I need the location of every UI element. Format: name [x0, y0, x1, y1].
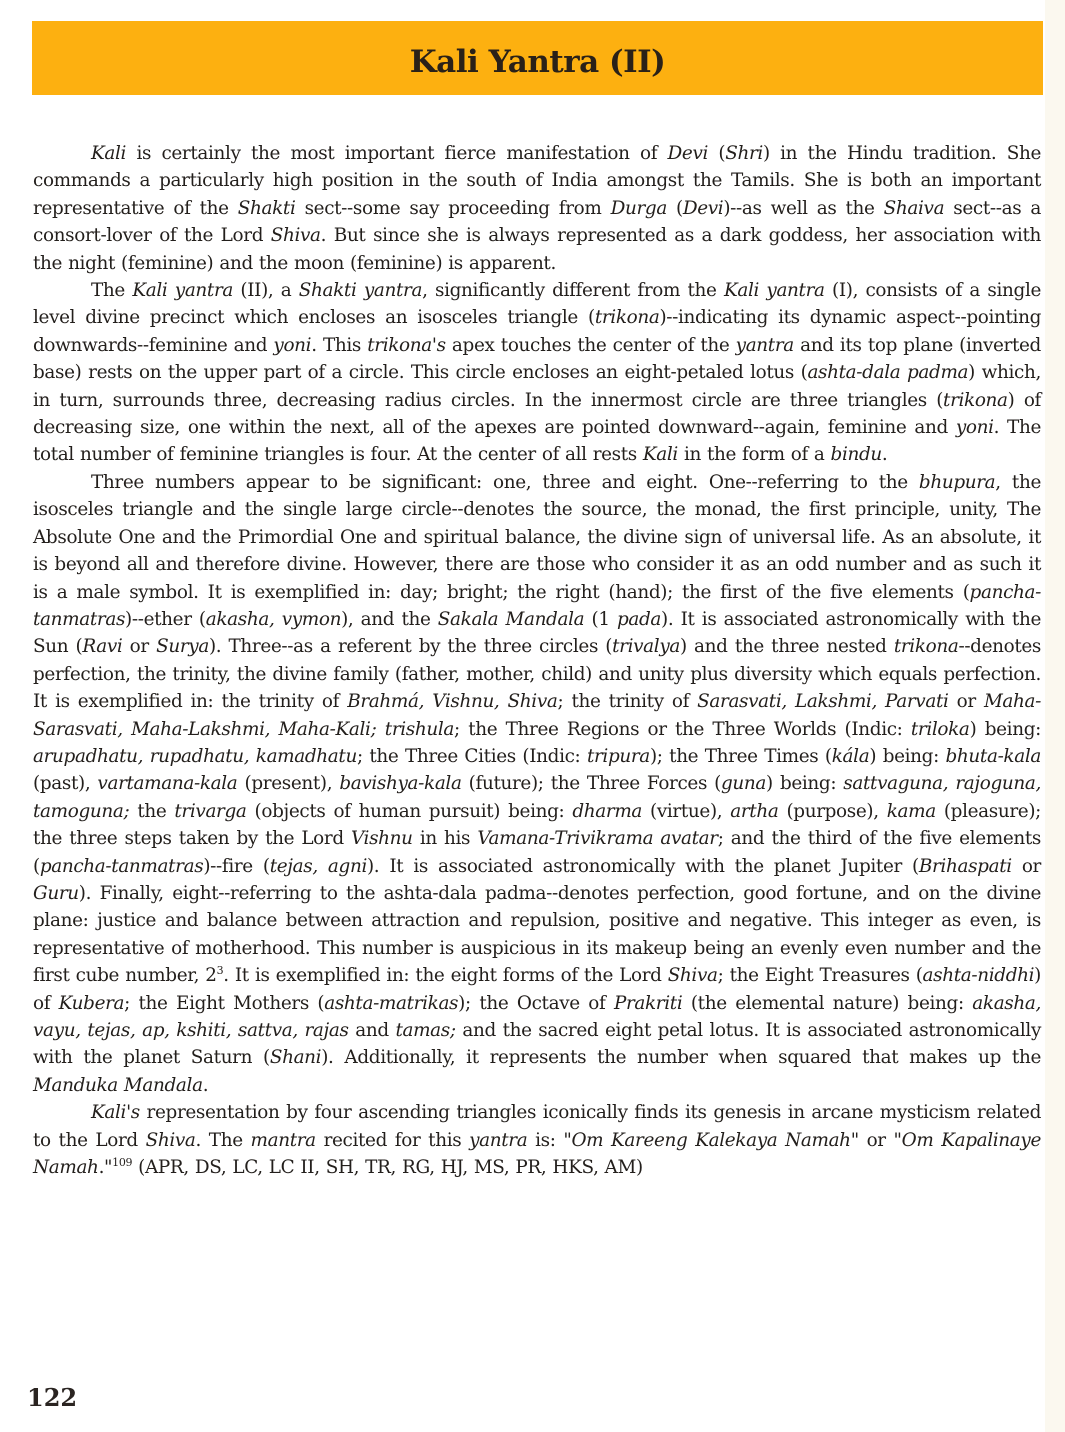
italic-term: tripura	[587, 746, 650, 767]
italic-term: Kali yantra	[132, 280, 233, 301]
italic-term: Shani	[270, 1047, 321, 1068]
italic-term: triloka	[911, 719, 970, 740]
text-run: (objects of human pursuit) being:	[247, 801, 573, 822]
text-run: ); the Three Times (	[650, 746, 832, 767]
italic-term: vartamana-kala	[97, 773, 237, 794]
italic-term: Shri	[725, 143, 763, 164]
italic-term: Sarasvati, Lakshmi, Parvati	[697, 691, 948, 712]
text-run: Three numbers appear to be significant: …	[91, 472, 919, 493]
italic-term: pada	[617, 609, 661, 630]
text-run: in his	[413, 828, 478, 849]
italic-term: Prakriti	[614, 993, 682, 1014]
text-run: ; the Eight Mothers (	[124, 993, 324, 1014]
text-run: is: "	[527, 1130, 571, 1151]
italic-term: Om Kareeng Kalekaya Namah	[571, 1130, 850, 1151]
italic-term: yoni	[956, 417, 994, 438]
text-run: the	[129, 801, 174, 822]
body-text: Kali is certainly the most important fie…	[33, 140, 1041, 1181]
text-run: ). Three--as a referent by the three cir…	[209, 636, 612, 657]
italic-term: trivalya	[612, 636, 680, 657]
italic-term: kála	[832, 746, 870, 767]
italic-term: Vamana-Trivikrama avatar	[477, 828, 717, 849]
text-run: )--ether (	[125, 609, 206, 630]
italic-term: mantra	[251, 1130, 316, 1151]
italic-term: trikona	[595, 307, 660, 328]
italic-term: Kali's	[91, 1102, 140, 1123]
text-run: . This	[311, 335, 367, 356]
italic-term: Kubera	[59, 993, 125, 1014]
page-title: Kali Yantra (II)	[410, 36, 666, 80]
italic-term: trikona's	[367, 335, 445, 356]
italic-term: Shiva	[146, 1130, 196, 1151]
italic-term: akasha, vymon	[206, 609, 341, 630]
paragraph-mantra: Kali's representation by four ascending …	[33, 1099, 1041, 1181]
italic-term: Surya	[156, 636, 209, 657]
text-run: and	[349, 1020, 396, 1041]
italic-term: trikona	[943, 390, 1008, 411]
italic-term: yantra	[469, 1130, 527, 1151]
page-edge-strip	[1045, 0, 1065, 1432]
italic-term: trikona	[894, 636, 959, 657]
text-run: " or "	[851, 1130, 902, 1151]
italic-term: ashta-niddhi	[923, 965, 1035, 986]
text-run: ; the trinity of	[557, 691, 697, 712]
italic-term: Sakala Mandala	[438, 609, 584, 630]
text-run: (present),	[237, 773, 339, 794]
text-run: recited for this	[316, 1130, 469, 1151]
italic-term: ashta-dala padma	[807, 362, 968, 383]
text-run: ; the Three Regions or the Three Worlds …	[454, 719, 911, 740]
text-run: (purpose),	[778, 801, 886, 822]
text-run: or	[1012, 856, 1041, 877]
italic-term: tamas;	[395, 1020, 455, 1041]
text-run: or	[949, 691, 984, 712]
text-run: ); the Octave of	[458, 993, 614, 1014]
italic-term: Vishnu	[351, 828, 413, 849]
italic-term: Devi	[668, 143, 709, 164]
italic-term: Kali	[643, 444, 678, 465]
italic-term: pancha-tanmatras	[40, 856, 204, 877]
italic-term: bavishya-kala	[339, 773, 461, 794]
italic-term: kama	[887, 801, 936, 822]
paragraph-description: The Kali yantra (II), a Shakti yantra, s…	[33, 277, 1041, 469]
italic-term: yantra	[736, 335, 794, 356]
text-run: .	[203, 1075, 209, 1096]
text-run: ). Additionally, it represents the numbe…	[321, 1047, 1041, 1068]
text-run: (	[708, 143, 725, 164]
italic-term: bindu	[831, 444, 882, 465]
text-run: The	[91, 280, 132, 301]
italic-term: Shakti	[238, 198, 296, 219]
text-run: ) and the three nested	[680, 636, 894, 657]
page-number: 122	[27, 1383, 77, 1412]
text-run: (virtue),	[642, 801, 730, 822]
italic-term: Durga	[611, 198, 667, 219]
text-run: . It is exemplified in: the eight forms …	[223, 965, 667, 986]
italic-term: Brihaspati	[919, 856, 1012, 877]
text-run: )--as well as the	[723, 198, 883, 219]
italic-term: dharma	[572, 801, 642, 822]
italic-term: Shaiva	[884, 198, 945, 219]
italic-term: trivarga	[174, 801, 246, 822]
italic-term: tejas, agni	[270, 856, 367, 877]
italic-term: guna	[721, 773, 766, 794]
italic-term: Devi	[683, 198, 724, 219]
text-run: (II), a	[233, 280, 299, 301]
italic-term: Manduka Mandala	[33, 1075, 203, 1096]
text-run: ; the Three Cities (Indic:	[357, 746, 587, 767]
italic-term: yoni	[273, 335, 311, 356]
text-run: (	[667, 198, 683, 219]
italic-term: Kali	[91, 143, 126, 164]
italic-term: Brahmá, Vishnu, Shiva	[347, 691, 557, 712]
text-run: .	[882, 444, 888, 465]
paragraph-intro: Kali is certainly the most important fie…	[33, 140, 1041, 277]
text-run: , significantly different from the	[422, 280, 724, 301]
text-run: (the elemental nature) being:	[682, 993, 972, 1014]
italic-term: Guru	[33, 883, 79, 904]
text-run: ; the Eight Treasures (	[718, 965, 923, 986]
text-run: )--fire (	[203, 856, 269, 877]
italic-term: Kali yantra	[724, 280, 825, 301]
italic-term: bhupura	[919, 472, 995, 493]
text-run: ), and the	[341, 609, 438, 630]
text-run: (1	[584, 609, 617, 630]
text-run: . The	[196, 1130, 251, 1151]
text-run: ) being:	[970, 719, 1041, 740]
text-run: ) being:	[766, 773, 843, 794]
text-run: is certainly the most important fierce m…	[126, 143, 667, 164]
paragraph-numerology: Three numbers appear to be significant: …	[33, 469, 1041, 1099]
italic-term: Shakti yantra	[299, 280, 422, 301]
italic-term: Shiva	[271, 225, 321, 246]
text-run: ). It is associated astronomically with …	[367, 856, 919, 877]
italic-term: Ravi	[82, 636, 122, 657]
text-run: ."	[99, 1157, 113, 1178]
italic-term: Shiva	[668, 965, 718, 986]
text-run: or	[122, 636, 156, 657]
text-run: (past),	[33, 773, 97, 794]
text-run: in the form of a	[678, 444, 831, 465]
text-run: (APR, DS, LC, LC II, SH, TR, RG, HJ, MS,…	[132, 1157, 643, 1178]
superscript: 109	[112, 1156, 132, 1169]
italic-term: artha	[730, 801, 778, 822]
text-run: sect--some say proceeding from	[296, 198, 611, 219]
text-run: apex touches the center of the	[446, 335, 736, 356]
italic-term: bhuta-kala	[946, 746, 1042, 767]
text-run: (future); the Three Forces (	[462, 773, 721, 794]
italic-term: arupadhatu, rupadhatu, kamadhatu	[33, 746, 357, 767]
title-banner: Kali Yantra (II)	[32, 21, 1043, 95]
text-run: ) being:	[869, 746, 945, 767]
italic-term: ashta-matrikas	[324, 993, 458, 1014]
